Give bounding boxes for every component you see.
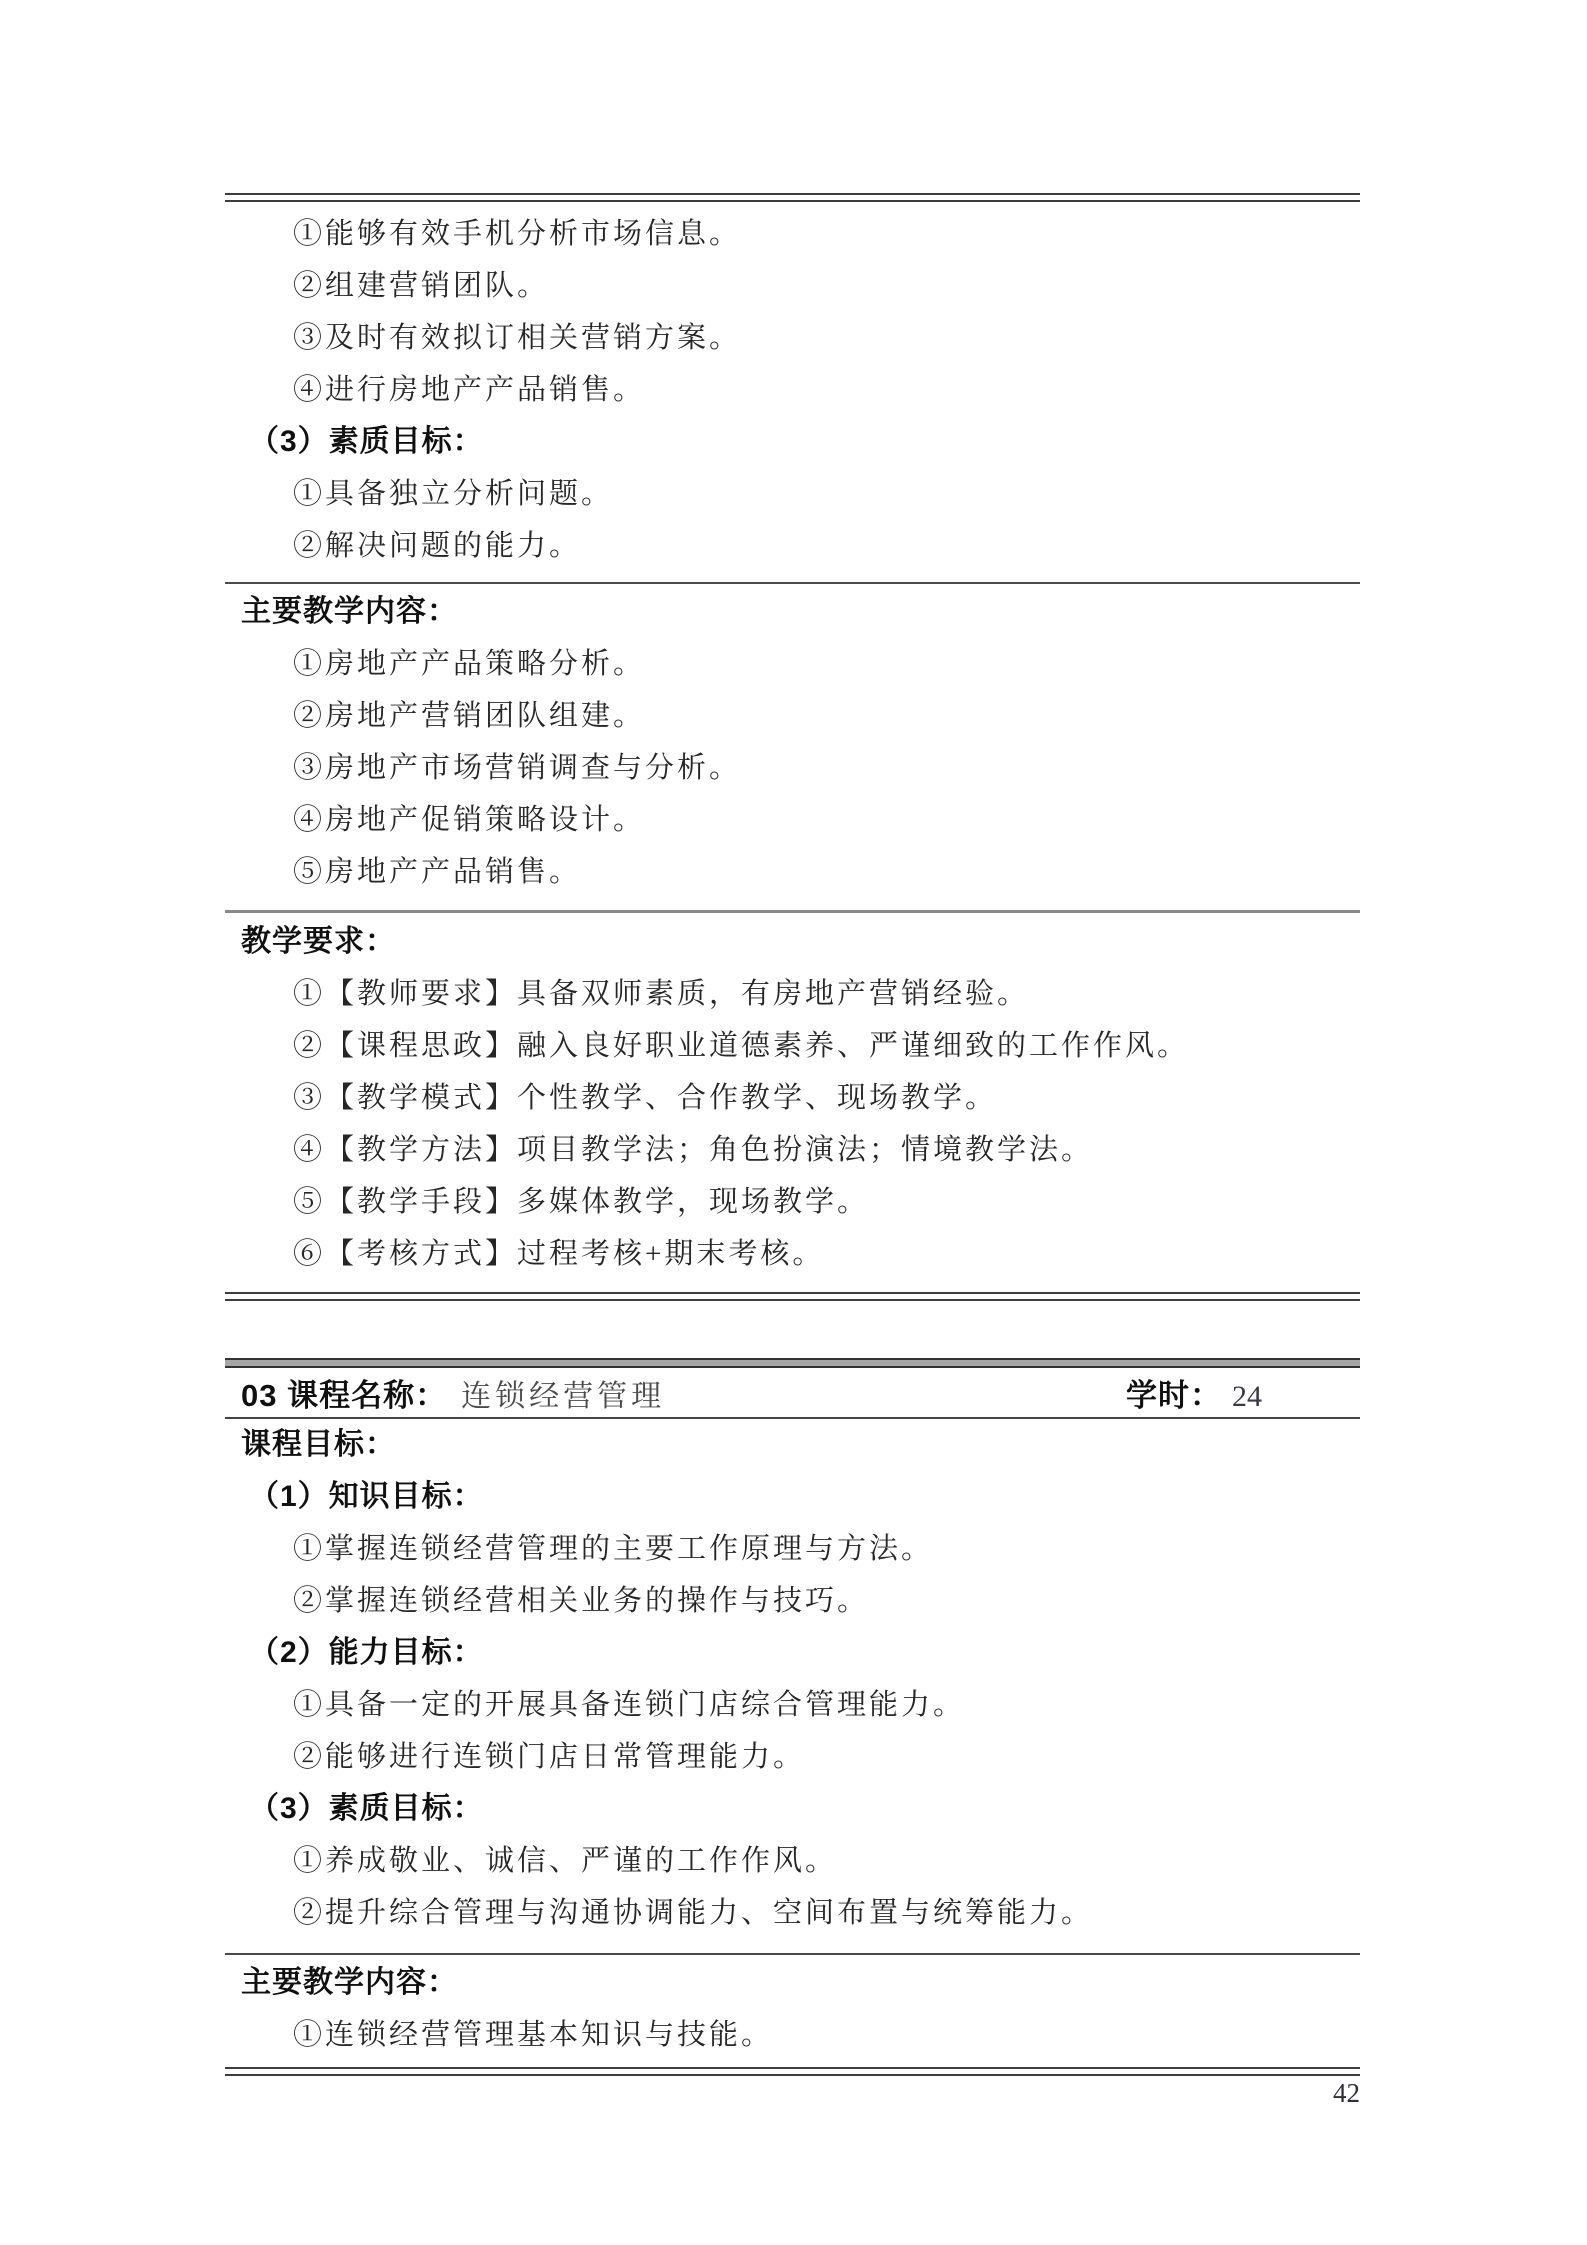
list-item: ①具备一定的开展具备连锁门店综合管理能力。 [225, 1679, 1360, 1731]
teaching-content-heading: 主要教学内容： [225, 1957, 1360, 2009]
section-teaching-content: 主要教学内容： ①房地产产品策略分析。 ②房地产营销团队组建。 ③房地产市场营销… [225, 584, 1360, 910]
list-item: ⑤房地产产品销售。 [225, 846, 1360, 898]
hours-value: 24 [1232, 1380, 1262, 1414]
page-content: ①能够有效手机分析市场信息。 ②组建营销团队。 ③及时有效拟订相关营销方案。 ④… [225, 193, 1360, 2076]
hours-label: 学时： [1126, 1370, 1222, 1415]
table2-top-border [225, 1358, 1360, 1368]
section-teaching-requirements: 教学要求： ①【教师要求】具备双师素质，有房地产营销经验。 ②【课程思政】融入良… [225, 913, 1360, 1292]
course-name-cell: 03 课程名称： 连锁经营管理 [225, 1370, 1126, 1415]
section-teaching-content-2: 主要教学内容： ①连锁经营管理基本知识与技能。 [225, 1955, 1360, 2067]
list-item: ⑤【教学手段】多媒体教学，现场教学。 [225, 1176, 1360, 1228]
list-item: ①【教师要求】具备双师素质，有房地产营销经验。 [225, 968, 1360, 1020]
list-item: ②解决问题的能力。 [225, 520, 1360, 572]
list-item: ①房地产产品策略分析。 [225, 638, 1360, 690]
quality-objectives-heading: （3）素质目标： [225, 1783, 1360, 1835]
list-item: ①掌握连锁经营管理的主要工作原理与方法。 [225, 1523, 1360, 1575]
teaching-content-heading: 主要教学内容： [225, 586, 1360, 638]
teaching-requirements-heading: 教学要求： [225, 916, 1360, 968]
course-hours-cell: 学时： 24 [1126, 1370, 1262, 1415]
list-item: ②提升综合管理与沟通协调能力、空间布置与统筹能力。 [225, 1887, 1360, 1939]
list-item: ④【教学方法】项目教学法；角色扮演法；情境教学法。 [225, 1124, 1360, 1176]
list-item: ③房地产市场营销调查与分析。 [225, 742, 1360, 794]
quality-objectives-heading: （3）素质目标： [225, 416, 1360, 468]
list-item: ②【课程思政】融入良好职业道德素养、严谨细致的工作作风。 [225, 1020, 1360, 1072]
list-item: ③【教学模式】个性教学、合作教学、现场教学。 [225, 1072, 1360, 1124]
course-header-row: 03 课程名称： 连锁经营管理 学时： 24 [225, 1368, 1360, 1417]
knowledge-objectives-heading: （1）知识目标： [225, 1471, 1360, 1523]
list-item: ④进行房地产产品销售。 [225, 364, 1360, 416]
list-item: ①养成敬业、诚信、严谨的工作作风。 [225, 1835, 1360, 1887]
list-item: ②能够进行连锁门店日常管理能力。 [225, 1731, 1360, 1783]
table1-top-border [225, 193, 1360, 202]
course-title: 连锁经营管理 [461, 1371, 665, 1415]
list-item: ①具备独立分析问题。 [225, 468, 1360, 520]
list-item: ①能够有效手机分析市场信息。 [225, 208, 1360, 260]
list-item: ⑥【考核方式】过程考核+期末考核。 [225, 1228, 1360, 1280]
list-item: ④房地产促销策略设计。 [225, 794, 1360, 846]
section-ability-objectives: ①能够有效手机分析市场信息。 ②组建营销团队。 ③及时有效拟订相关营销方案。 ④… [225, 202, 1360, 582]
list-item: ②掌握连锁经营相关业务的操作与技巧。 [225, 1575, 1360, 1627]
list-item: ②房地产营销团队组建。 [225, 690, 1360, 742]
ability-objectives-heading: （2）能力目标： [225, 1627, 1360, 1679]
table2-bottom-border [225, 2067, 1360, 2076]
table1-bottom-border [225, 1292, 1360, 1301]
section-course-goals: 课程目标： （1）知识目标： ①掌握连锁经营管理的主要工作原理与方法。 ②掌握连… [225, 1419, 1360, 1953]
list-item: ③及时有效拟订相关营销方案。 [225, 312, 1360, 364]
page-number: 42 [225, 2078, 1360, 2109]
course-goals-heading: 课程目标： [225, 1419, 1360, 1471]
course-number-label: 03 课程名称： [241, 1370, 447, 1415]
table-gap [225, 1301, 1360, 1358]
list-item: ①连锁经营管理基本知识与技能。 [225, 2009, 1360, 2061]
document-page: ①能够有效手机分析市场信息。 ②组建营销团队。 ③及时有效拟订相关营销方案。 ④… [0, 0, 1587, 2245]
list-item: ②组建营销团队。 [225, 260, 1360, 312]
